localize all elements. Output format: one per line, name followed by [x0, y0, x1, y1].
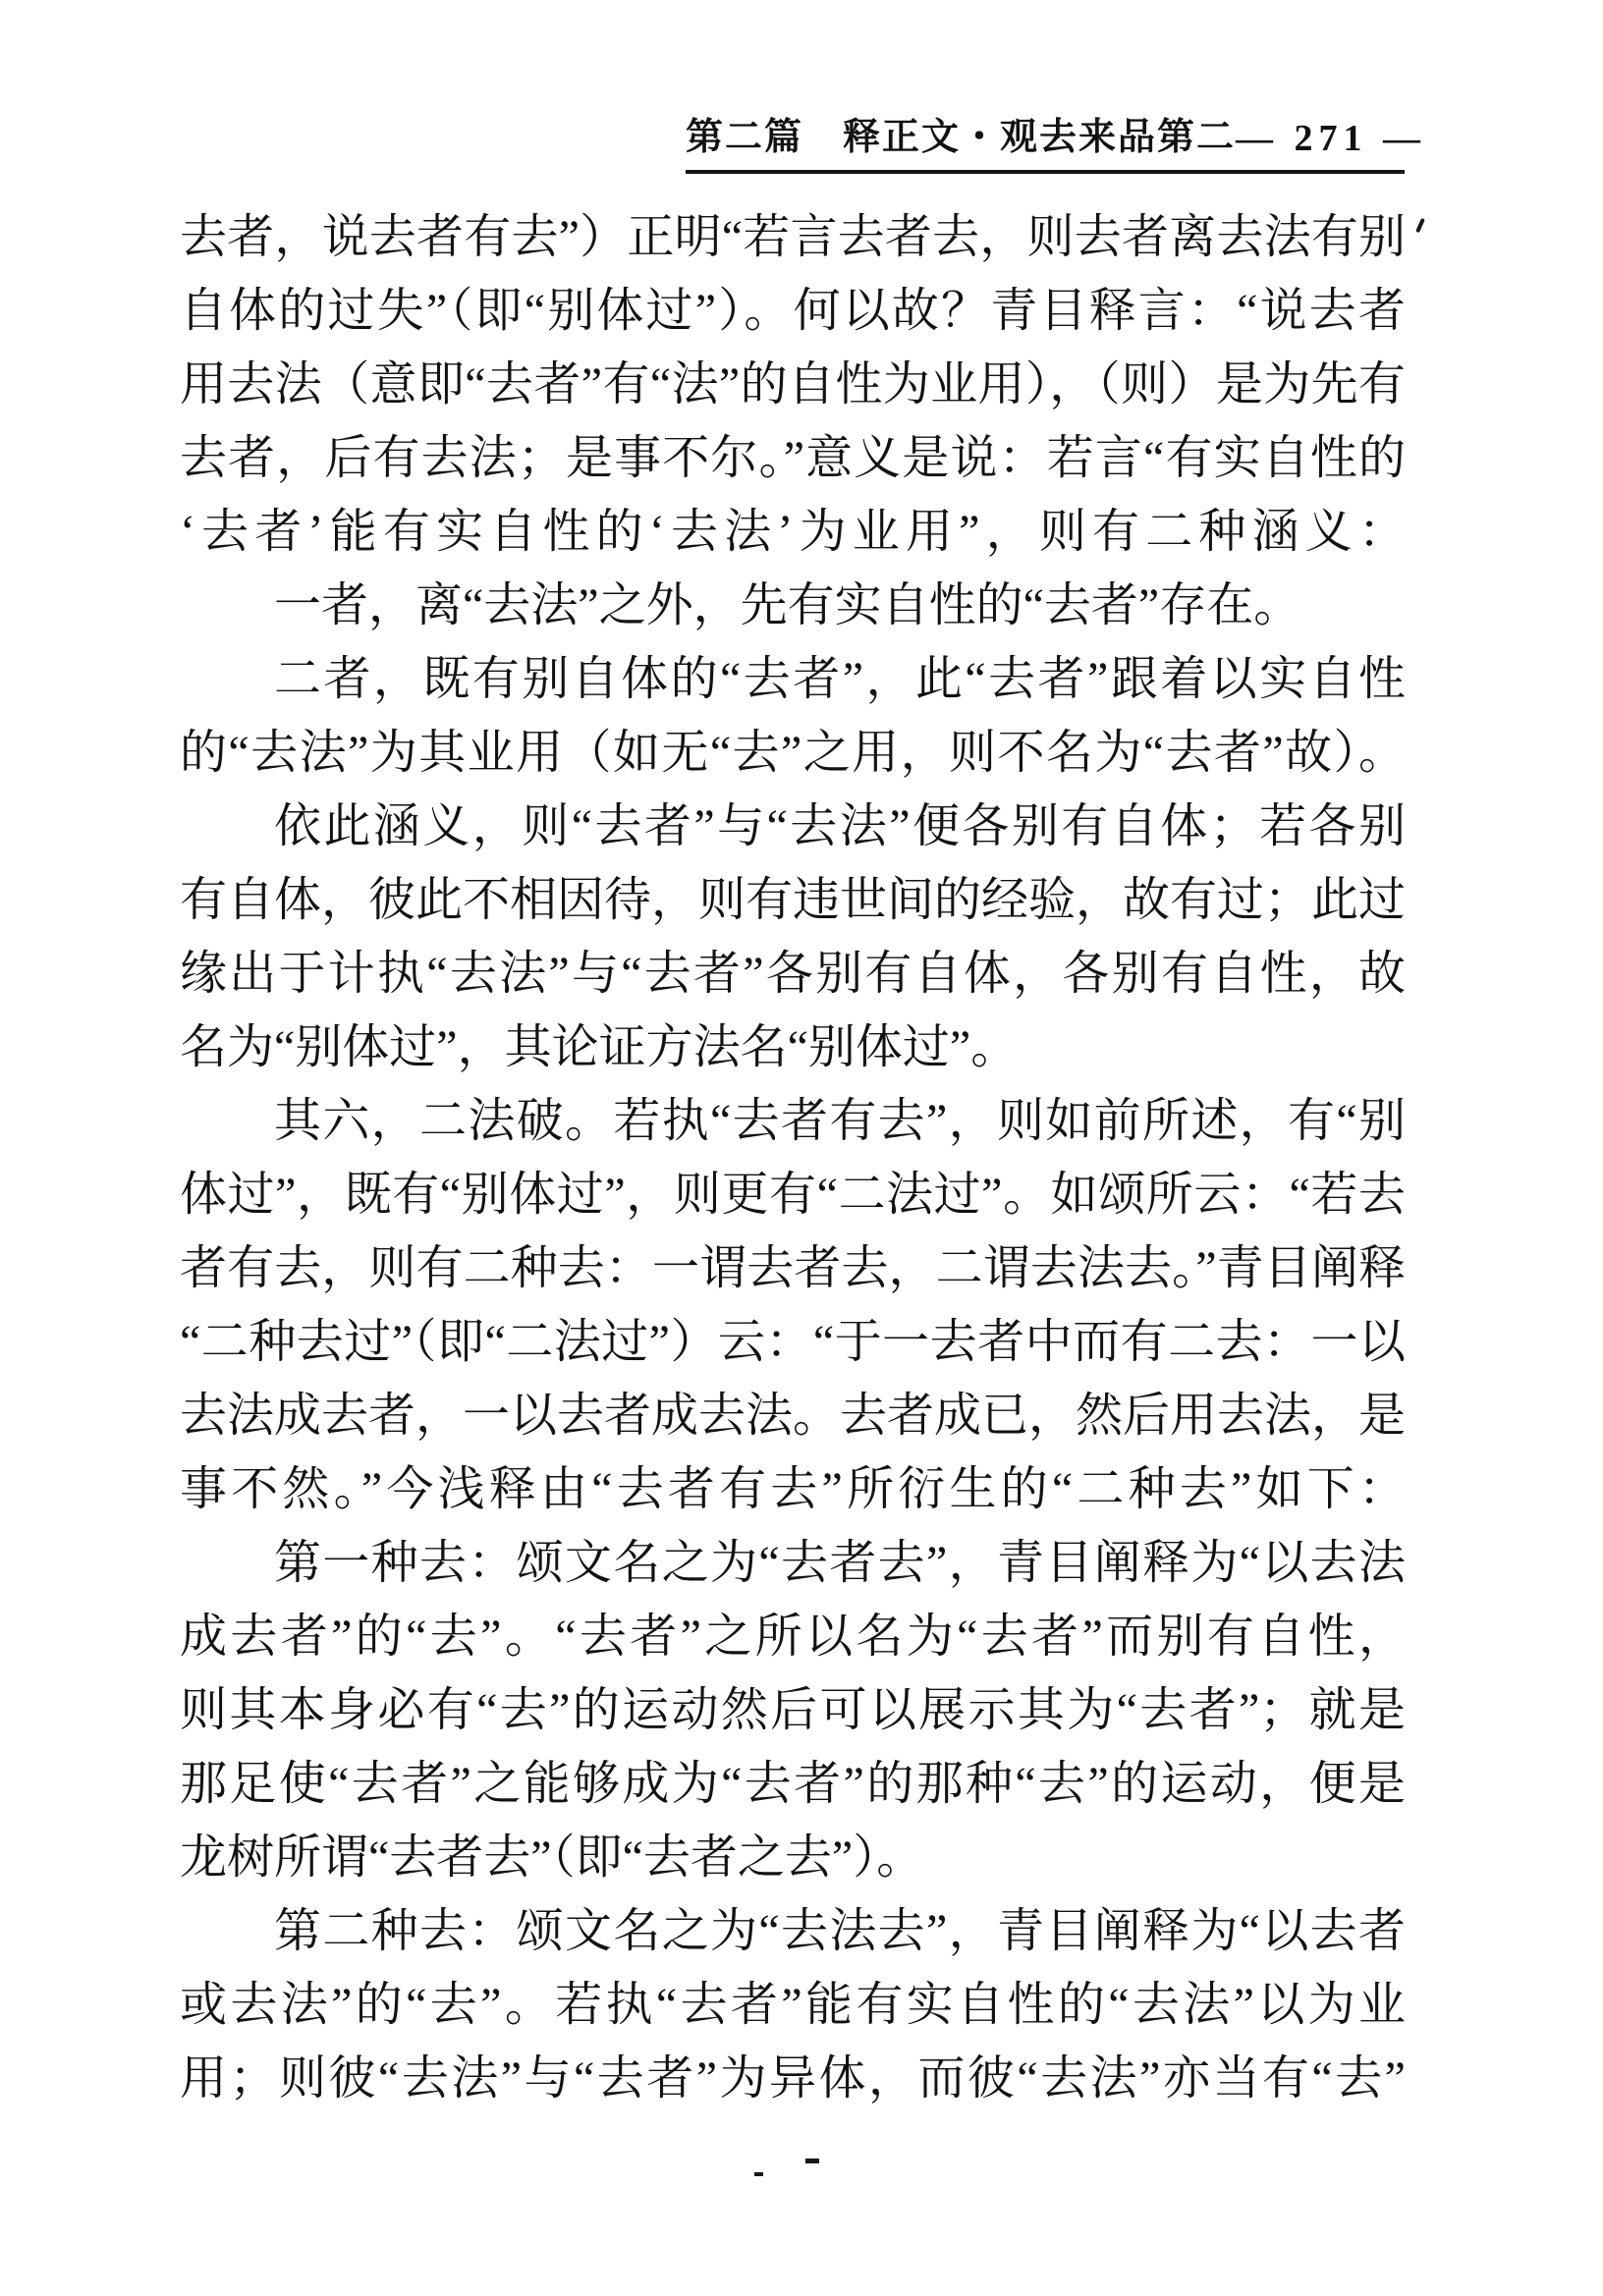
body-line: “二种去过”（即“二法过”）云：“于一去者中而有二去：一以 — [180, 1305, 1406, 1379]
body-line: 成去者”的“去”。“去者”之所以名为“去者”而别有自性， — [180, 1600, 1406, 1673]
body-line: 者有去，则有二种去：一谓去者去，二谓去法去。”青目阐释 — [180, 1231, 1406, 1305]
body-line: ‘去者’能有实自性的‘去法’为业用”，则有二种涵义： — [180, 495, 1406, 569]
body-line: 去法成去者，一以去者成去法。去者成已，然后用去法，是 — [180, 1379, 1406, 1452]
body-line: 的“去法”为其业用（如无“去”之用，则不名为“去者”故）。 — [180, 716, 1406, 790]
body-line: 有自体，彼此不相因待，则有违世间的经验，故有过；此过 — [180, 863, 1406, 937]
body-line: 名为“别体过”，其论证方法名“别体过”。 — [180, 1011, 1406, 1084]
page-number: — 271 — — [1236, 117, 1426, 160]
body-line: 那足使“去者”之能够成为“去者”的那种“去”的运动，便是 — [180, 1747, 1406, 1821]
body-line: 其六，二法破。若执“去者有去”，则如前所述，有“别 — [180, 1084, 1406, 1158]
chapter-title: 第二篇 释正文・观去来品第二 — [686, 106, 1236, 160]
scan-artifact-tick — [1415, 218, 1425, 233]
body-line: 去者，说去者有去”）正明“若言去者去，则去者离去法有别 — [180, 200, 1406, 274]
body-line: 一者，离“去法”之外，先有实自性的“去者”存在。 — [180, 569, 1406, 642]
scan-artifact-dash — [805, 2159, 819, 2163]
book-page: 第二篇 释正文・观去来品第二 — 271 — 去者，说去者有去”）正明“若言去者… — [0, 0, 1603, 2296]
body-line: 用去法（意即“去者”有“法”的自性为业用），（则）是为先有 — [180, 348, 1406, 421]
body-line: 依此涵义，则“去者”与“去法”便各别有自体；若各别 — [180, 790, 1406, 863]
body-line: 去者，后有去法；是事不尔。”意义是说：若言“有实自性的 — [180, 421, 1406, 495]
body-line: 用；则彼“去法”与“去者”为异体，而彼“去法”亦当有“去” — [180, 2042, 1406, 2115]
body-line: 龙树所谓“去者去”（即“去者之去”）。 — [180, 1821, 1406, 1894]
body-line: 体过”，既有“别体过”，则更有“二法过”。如颂所云：“若去 — [180, 1158, 1406, 1231]
body-line: 第二种去：颂文名之为“去法去”，青目阐释为“以去者 — [180, 1894, 1406, 1968]
body-line: 第一种去：颂文名之为“去者去”，青目阐释为“以去法 — [180, 1526, 1406, 1600]
body-line: 或去法”的“去”。若执“去者”能有实自性的“去法”以为业 — [180, 1968, 1406, 2042]
body-line: 自体的过失”（即“别体过”）。何以故？青目释言：“说去者 — [180, 274, 1406, 348]
body-line: 二者，既有别自体的“去者”，此“去者”跟着以实自性 — [180, 642, 1406, 716]
body-line: 事不然。”今浅释由“去者有去”所衍生的“二种去”如下： — [180, 1452, 1406, 1526]
running-header: 第二篇 释正文・观去来品第二 — 271 — — [686, 106, 1405, 174]
body-line: 则其本身必有“去”的运动然后可以展示其为“去者”；就是 — [180, 1673, 1406, 1747]
scan-artifact-dash — [754, 2172, 763, 2176]
body-line: 缘出于计执“去法”与“去者”各别有自体，各别有自性，故 — [180, 937, 1406, 1011]
body-text: 去者，说去者有去”）正明“若言去者去，则去者离去法有别 自体的过失”（即“别体过… — [180, 200, 1406, 2115]
